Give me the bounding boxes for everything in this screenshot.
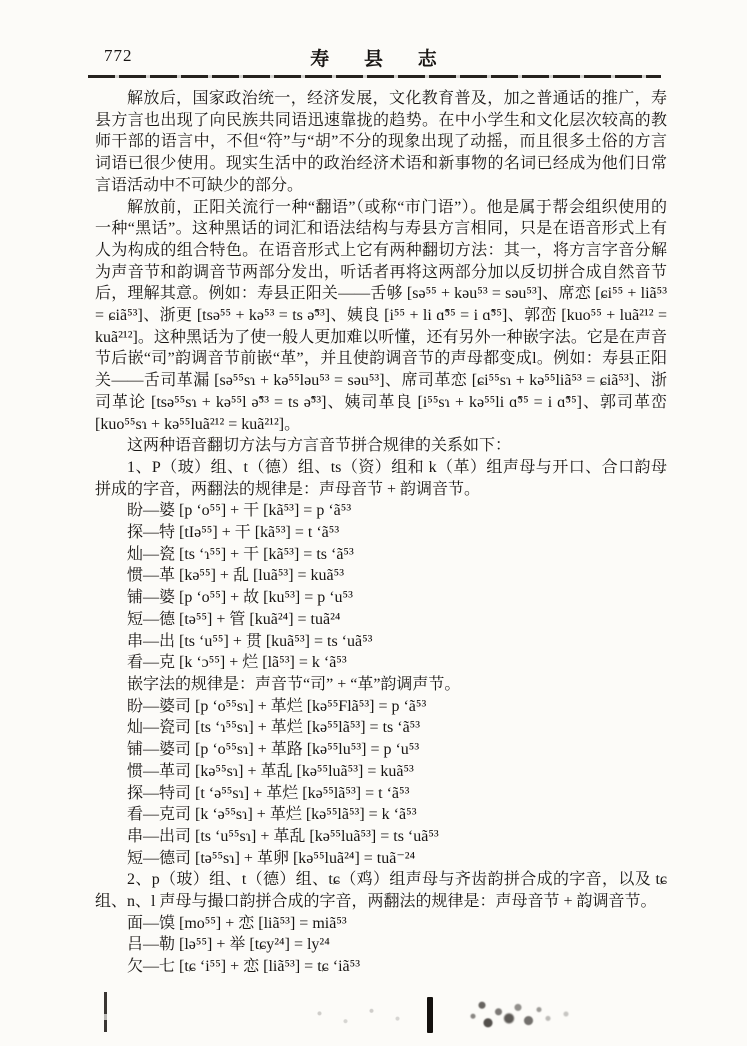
example-line: 串—出 [ts ‘u⁵⁵] + 贯 [kuã⁵³] = ts ‘uã⁵³ [95,631,667,653]
scan-artifact-dot [586,904,589,907]
example-line: 短—德 [tə⁵⁵] + 管 [kuã²⁴] = tuã²⁴ [95,609,667,631]
scan-artifact-speckles [300,1003,430,1029]
example-line: 欠—七 [tɕ ‘i⁵⁵] + 恋 [liã⁵³] = tɕ ‘iã⁵³ [95,956,667,978]
rule-2-description: 2、p（玻）组、t（德）组、tɕ（鸡）组声母与齐齿韵拼合成的字音，以及 tɕ 组… [95,869,667,912]
example-line: 看—克司 [k ‘ə⁵⁵sɿ] + 革烂 [kə⁵⁵lã⁵³] = k ‘ã⁵³ [95,804,667,826]
book-title: 寿 县 志 [0,44,747,71]
page-content: 解放后，国家政治统一，经济发展，文化教育普及，加之普通话的推广，寿县方言也出现了… [95,88,667,978]
example-line: 惯—革司 [kə⁵⁵sɿ] + 革乱 [kə⁵⁵luã⁵³] = kuã⁵³ [95,761,667,783]
example-line: 面—馍 [mo⁵⁵] + 恋 [liã⁵³] = miã⁵³ [95,913,667,935]
examples-group-3: 面—馍 [mo⁵⁵] + 恋 [liã⁵³] = miã⁵³ 吕—勒 [lə⁵⁵… [95,913,667,978]
example-line: 看—克 [k ‘ɔ⁵⁵] + 烂 [lã⁵³] = k ‘ã⁵³ [95,652,667,674]
scan-artifact-smudge [446,992,596,1036]
example-line: 探—特司 [t ‘ə⁵⁵sɿ] + 革烂 [kə⁵⁵lã⁵³] = t ‘ã⁵³ [95,783,667,805]
example-line: 灿—瓷司 [ts ‘ɿ⁵⁵sɿ] + 革烂 [kə⁵⁵lã⁵³] = ts ‘ã… [95,717,667,739]
header-rule [88,75,661,78]
example-line: 短—德司 [tə⁵⁵sɿ] + 革卵 [kə⁵⁵luã²⁴] = tuã⁻²⁴ [95,848,667,870]
example-line: 惯—革 [kə⁵⁵] + 乱 [luã⁵³] = kuã⁵³ [95,565,667,587]
paragraph-post-liberation: 解放后，国家政治统一，经济发展，文化教育普及，加之普通话的推广，寿县方言也出现了… [95,88,667,197]
paragraph-relation-intro: 这两种语音翻切方法与方言音节拼合规律的关系如下： [95,435,667,457]
example-line: 铺—婆司 [p ‘o⁵⁵sɿ] + 革路 [kə⁵⁵lu⁵³] = p ‘u⁵³ [95,739,667,761]
rule-1-description: 1、P（玻）组、t（德）组、ts（资）组和 k（革）组声母与开口、合口韵母拼成的… [95,457,667,500]
note-qianzifa-rule: 嵌字法的规律是：声音节“司” + “革”韵调声节。 [95,674,667,696]
example-line: 串—出司 [ts ‘u⁵⁵sɿ] + 革乱 [kə⁵⁵luã⁵³] = ts ‘… [95,826,667,848]
example-line: 探—特 [tIə⁵⁵] + 干 [kã⁵³] = t ‘ã⁵³ [95,522,667,544]
example-line: 灿—瓷 [ts ‘ɿ⁵⁵] + 干 [kã⁵³] = ts ‘ã⁵³ [95,544,667,566]
scan-artifact-left-tick [104,992,107,1032]
example-line: 吕—勒 [lə⁵⁵] + 举 [tɕy²⁴] = ly²⁴ [95,934,667,956]
example-line: 盼—婆司 [p ‘o⁵⁵sɿ] + 革烂 [kə⁵⁵Flã⁵³] = p ‘ã⁵… [95,696,667,718]
example-line: 盼—婆 [p ‘o⁵⁵] + 干 [kã⁵³] = p ‘ã⁵³ [95,500,667,522]
example-line: 铺—婆 [p ‘o⁵⁵] + 故 [ku⁵³] = p ‘u⁵³ [95,587,667,609]
scanned-book-page: 772 寿 县 志 解放后，国家政治统一，经济发展，文化教育普及，加之普通话的推… [0,0,747,1046]
paragraph-fanyu-argot: 解放前，正阳关流行一种“翻语”（或称“市门语”）。他是属于帮会组织使用的一种“黑… [95,197,667,436]
examples-group-2: 盼—婆司 [p ‘o⁵⁵sɿ] + 革烂 [kə⁵⁵Flã⁵³] = p ‘ã⁵… [95,696,667,870]
examples-group-1: 盼—婆 [p ‘o⁵⁵] + 干 [kã⁵³] = p ‘ã⁵³ 探—特 [tI… [95,500,667,674]
